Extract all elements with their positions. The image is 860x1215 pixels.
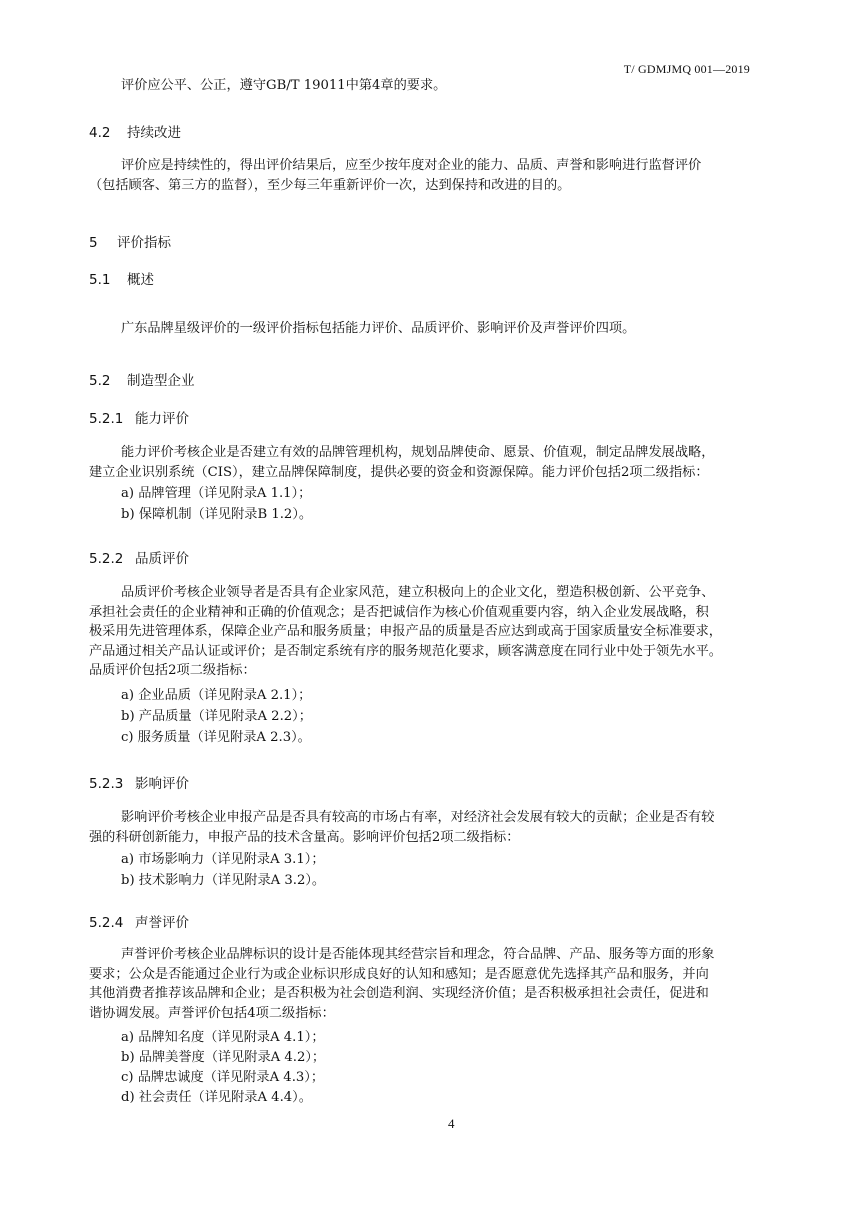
section-number: 5 — [89, 235, 117, 251]
section-heading-5-2-3: 5.2.3影响评价 — [89, 772, 189, 792]
list-item: b) 产品质量（详见附录A 2.2）； — [121, 707, 312, 727]
list-item: c) 品牌忠诚度（详见附录A 4.3）； — [121, 1068, 324, 1088]
section-heading-5: 5评价指标 — [89, 231, 171, 251]
section-title: 声誉评价 — [135, 915, 189, 931]
paragraph-line: 影响评价考核企业申报产品是否具有较高的市场占有率，对经济社会发展有较大的贡献；企… — [89, 808, 799, 828]
document-code: T/ GDMJMQ 001—2019 — [624, 62, 750, 77]
document-page: T/ GDMJMQ 001—2019 评价应公平、公正，遵守GB/T 19011… — [0, 0, 860, 1215]
paragraph-line: 其他消费者推荐该品牌和企业；是否积极为社会创造利润、实现经济价值；是否积极承担社… — [89, 984, 799, 1004]
section-5-2-4-paragraph: 声誉评价考核企业品牌标识的设计是否能体现其经营宗旨和理念，符合品牌、产品、服务等… — [89, 945, 799, 1023]
paragraph-line: 产品通过相关产品认证或评价；是否制定系统有序的服务规范化要求，顾客满意度在同行业… — [89, 642, 799, 662]
paragraph-line: 强的科研创新能力，申报产品的技术含量高。影响评价包括2项二级指标： — [89, 828, 799, 848]
section-number: 5.2 — [89, 373, 127, 389]
section-5-2-3-paragraph: 影响评价考核企业申报产品是否具有较高的市场占有率，对经济社会发展有较大的贡献；企… — [89, 808, 799, 847]
page-number: 4 — [448, 1116, 455, 1132]
section-5-2-2-paragraph: 品质评价考核企业领导者是否具有企业家风范，建立积极向上的企业文化，塑造积极创新、… — [89, 583, 799, 681]
paragraph-line: （包括顾客、第三方的监督），至少每三年重新评价一次，达到保持和改进的目的。 — [89, 176, 799, 196]
paragraph-line: 建立企业识别系统（CIS），建立品牌保障制度，提供必要的资金和资源保障。能力评价… — [89, 463, 799, 483]
paragraph-line: 极采用先进管理体系，保障企业产品和服务质量；申报产品的质量是否应达到或高于国家质… — [89, 622, 799, 642]
section-heading-4-2: 4.2持续改进 — [89, 121, 181, 141]
section-number: 5.2.3 — [89, 776, 135, 792]
list-item: b) 品牌美誉度（详见附录A 4.2）； — [121, 1048, 325, 1068]
section-title: 评价指标 — [117, 235, 171, 251]
section-number: 5.1 — [89, 272, 127, 288]
section-title: 制造型企业 — [127, 373, 195, 389]
paragraph-line: 声誉评价考核企业品牌标识的设计是否能体现其经营宗旨和理念，符合品牌、产品、服务等… — [89, 945, 799, 965]
section-number: 5.2.1 — [89, 411, 135, 427]
list-item: a) 品牌知名度（详见附录A 4.1）； — [121, 1028, 325, 1048]
section-heading-5-2-4: 5.2.4声誉评价 — [89, 911, 189, 931]
list-item: c) 服务质量（详见附录A 2.3）。 — [121, 728, 311, 748]
list-item: a) 企业品质（详见附录A 2.1）； — [121, 686, 311, 706]
paragraph-line: 承担社会责任的企业精神和正确的价值观念；是否把诚信作为核心价值观重要内容，纳入企… — [89, 603, 799, 623]
section-number: 5.2.4 — [89, 915, 135, 931]
paragraph-line: 谐协调发展。声誉评价包括4项二级指标： — [89, 1004, 799, 1024]
section-number: 4.2 — [89, 125, 127, 141]
list-item: a) 市场影响力（详见附录A 3.1）； — [121, 850, 325, 870]
section-heading-5-2-2: 5.2.2品质评价 — [89, 547, 189, 567]
paragraph-line: 品质评价考核企业领导者是否具有企业家风范，建立积极向上的企业文化，塑造积极创新、… — [89, 583, 799, 603]
section-title: 能力评价 — [135, 411, 189, 427]
section-number: 5.2.2 — [89, 551, 135, 567]
paragraph-line: 评价应是持续性的，得出评价结果后，应至少按年度对企业的能力、品质、声誉和影响进行… — [89, 156, 799, 176]
section-5-2-1-paragraph: 能力评价考核企业是否建立有效的品牌管理机构，规划品牌使命、愿景、价值观，制定品牌… — [89, 443, 799, 482]
section-title: 品质评价 — [135, 551, 189, 567]
paragraph-line: 评价应公平、公正，遵守GB/T 19011中第4章的要求。 — [89, 76, 799, 96]
section-title: 概述 — [127, 272, 154, 288]
paragraph-line: 广东品牌星级评价的一级评价指标包括能力评价、品质评价、影响评价及声誉评价四项。 — [89, 319, 799, 339]
section-heading-5-2: 5.2制造型企业 — [89, 369, 195, 389]
list-item: b) 保障机制（详见附录B 1.2）。 — [121, 505, 312, 525]
section-heading-5-2-1: 5.2.1能力评价 — [89, 407, 189, 427]
section-title: 持续改进 — [127, 125, 181, 141]
list-item: b) 技术影响力（详见附录A 3.2）。 — [121, 871, 325, 891]
section-heading-5-1: 5.1概述 — [89, 268, 154, 288]
section-5-1-paragraph: 广东品牌星级评价的一级评价指标包括能力评价、品质评价、影响评价及声誉评价四项。 — [89, 319, 799, 339]
section-4-2-paragraph: 评价应是持续性的，得出评价结果后，应至少按年度对企业的能力、品质、声誉和影响进行… — [89, 156, 799, 195]
intro-paragraph: 评价应公平、公正，遵守GB/T 19011中第4章的要求。 — [89, 76, 799, 96]
paragraph-line: 品质评价包括2项二级指标： — [89, 661, 799, 681]
list-item: d) 社会责任（详见附录A 4.4）。 — [121, 1088, 312, 1108]
section-title: 影响评价 — [135, 776, 189, 792]
paragraph-line: 能力评价考核企业是否建立有效的品牌管理机构，规划品牌使命、愿景、价值观，制定品牌… — [89, 443, 799, 463]
paragraph-line: 要求；公众是否能通过企业行为或企业标识形成良好的认知和感知；是否愿意优先选择其产… — [89, 965, 799, 985]
list-item: a) 品牌管理（详见附录A 1.1）； — [121, 484, 311, 504]
